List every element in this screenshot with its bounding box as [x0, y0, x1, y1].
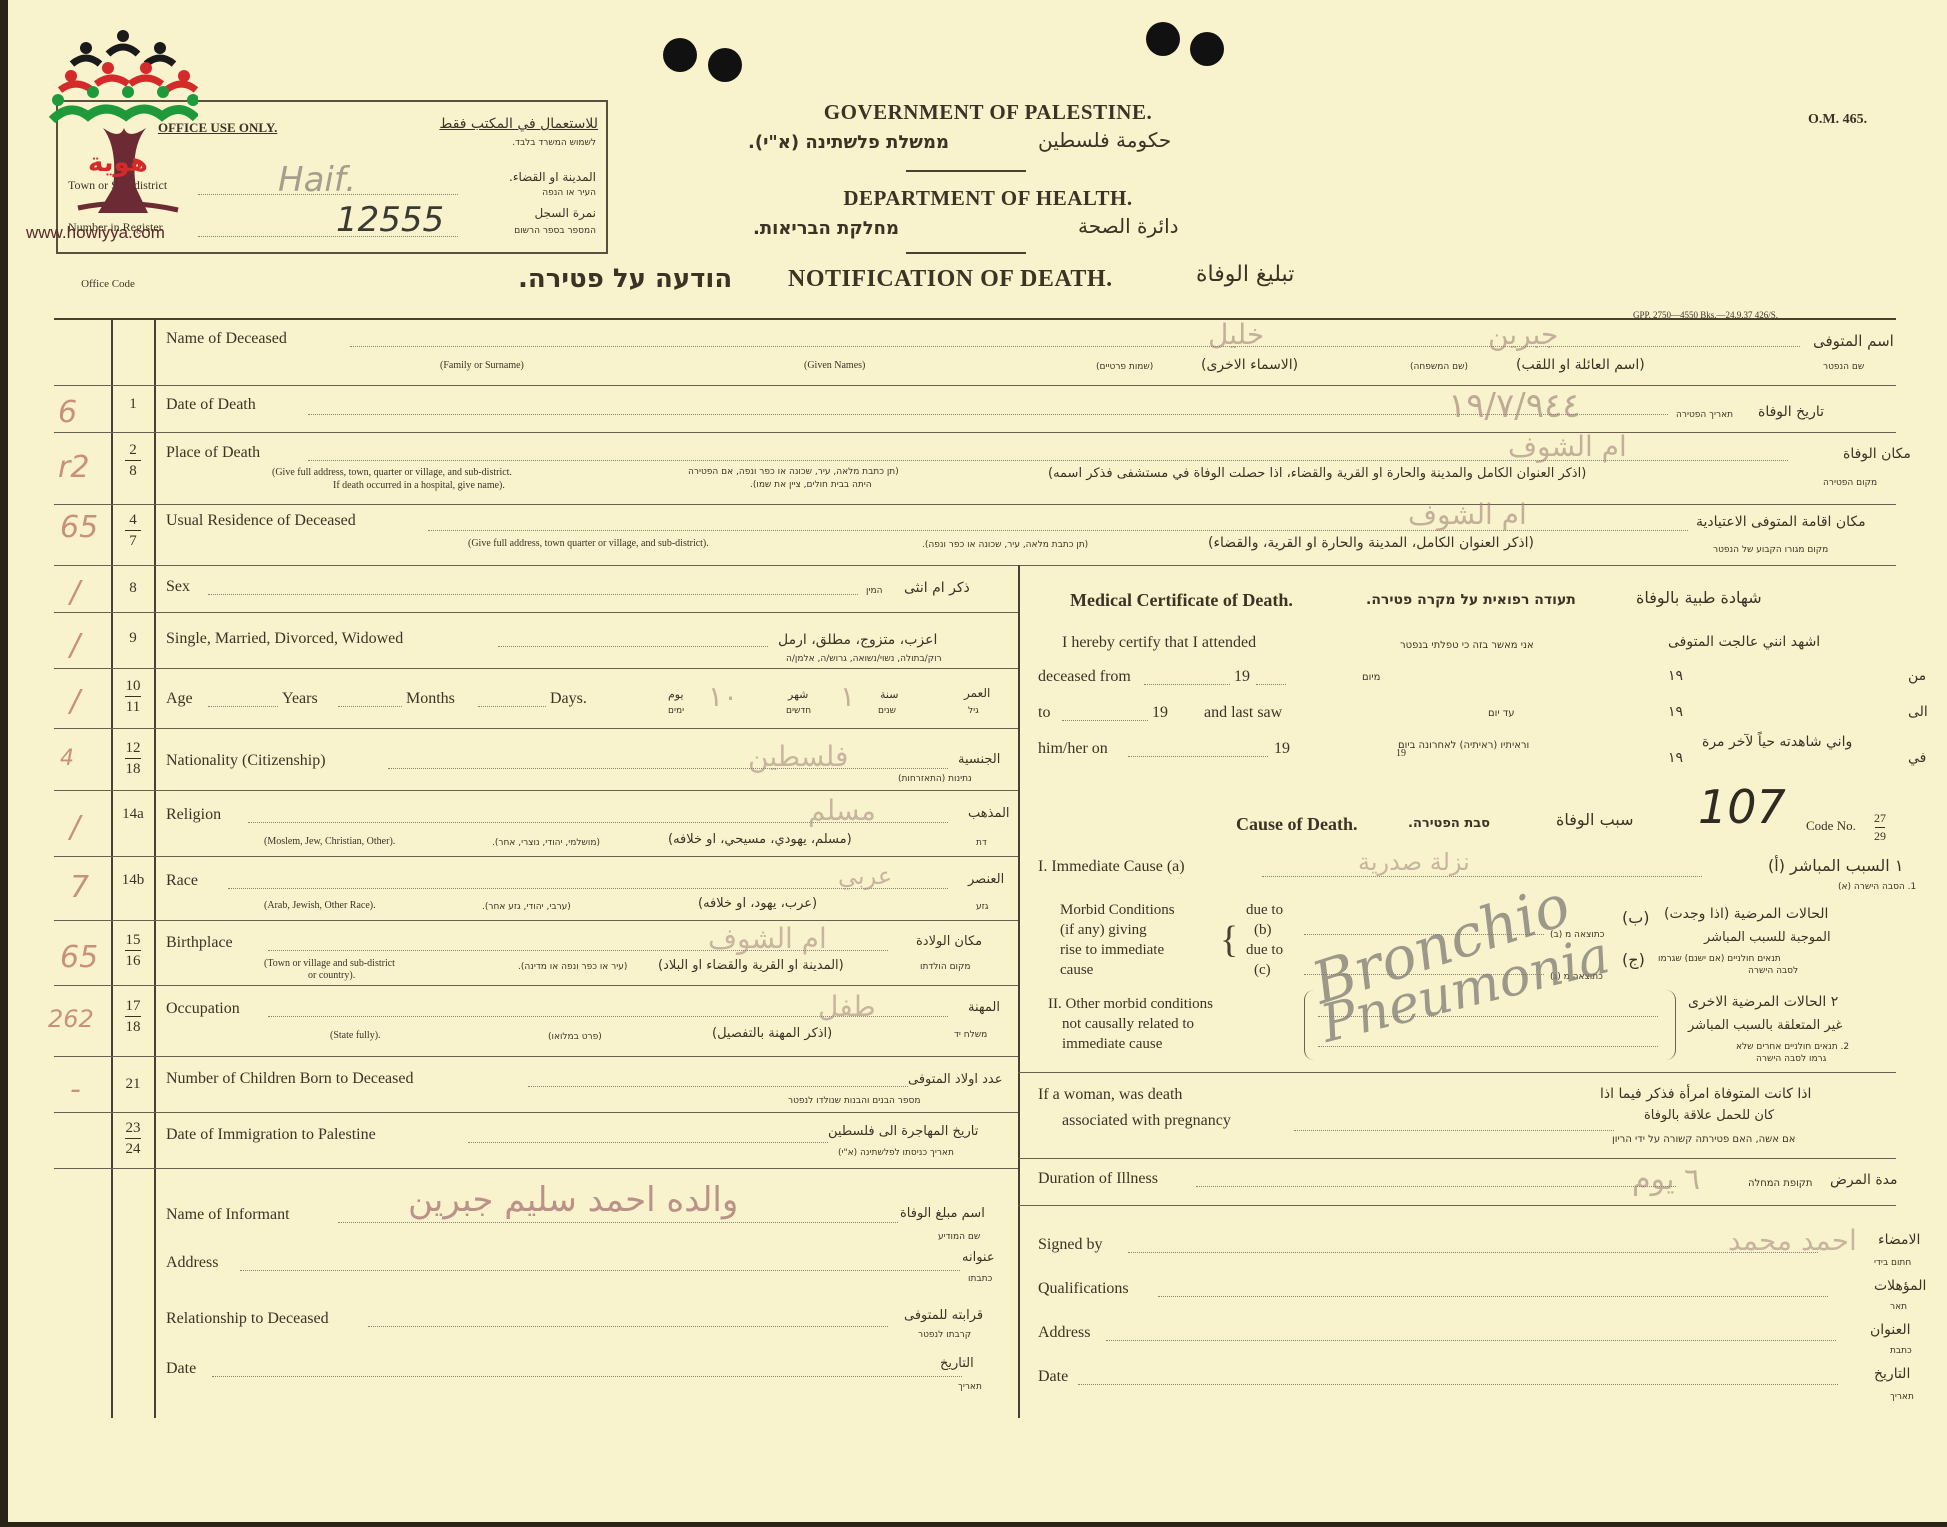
place-of-death-value: ام الشوف [1508, 430, 1627, 463]
sex-field[interactable] [208, 594, 858, 595]
form-number: O.M. 465. [1808, 112, 1867, 128]
date-of-death-label: Date of Death [166, 396, 256, 414]
informant-date-field[interactable] [212, 1376, 962, 1377]
margin-code: / [70, 575, 80, 610]
residence-value: ام الشوف [1408, 498, 1527, 531]
immediate-cause-value: نزلة صدرية [1358, 848, 1470, 876]
religion-label: Religion [166, 806, 221, 824]
death-notification-form: OFFICE USE ONLY. للاستعمال في المكتب فقط… [8, 0, 1947, 1522]
signature-value: احمد محمد [1728, 1224, 1857, 1257]
office-use-title-he: לשמוש המשרד בלבד. [512, 138, 596, 148]
signed-by-label: Signed by [1038, 1236, 1102, 1254]
informant-address-field[interactable] [240, 1270, 960, 1271]
doctor-address-label: Address [1038, 1324, 1090, 1342]
duration-label: Duration of Illness [1038, 1170, 1158, 1188]
children-label: Number of Children Born to Deceased [166, 1070, 413, 1088]
immigration-label: Date of Immigration to Palestine [166, 1126, 376, 1144]
punch-hole [708, 48, 742, 82]
cause-of-death-title: Cause of Death. [1236, 814, 1358, 835]
margin-code: 7 [70, 870, 89, 905]
form-title: NOTIFICATION OF DEATH. [788, 266, 1113, 293]
margin-code: 4 [60, 746, 74, 771]
immediate-cause-field[interactable] [1262, 876, 1702, 877]
occupation-label: Occupation [166, 1000, 240, 1018]
subdistrict-value: Haif. [278, 160, 356, 200]
birthplace-value: ام الشوف [708, 922, 827, 955]
informant-name-value: والده احمد سليم جبرين [408, 1180, 738, 1220]
watermark-url: www.howiyya.com [26, 223, 165, 243]
age-label: Age [166, 690, 193, 708]
age-months-value: ١٠ [708, 680, 738, 713]
register-number: 12555 [336, 200, 444, 240]
logo-text: هوية [88, 148, 148, 178]
informant-name-field[interactable] [338, 1222, 898, 1223]
cause-code-value: 107 [1698, 780, 1786, 834]
given-name-value: خليل [1208, 318, 1264, 351]
pregnancy-label: If a woman, was death [1038, 1086, 1182, 1104]
children-field[interactable] [528, 1086, 908, 1087]
margin-code: / [70, 684, 80, 719]
nationality-field[interactable] [388, 768, 948, 769]
doctor-address-field[interactable] [1106, 1340, 1836, 1341]
immigration-field[interactable] [468, 1142, 828, 1143]
race-value: عربي [838, 862, 892, 890]
informant-address-label: Address [166, 1254, 218, 1272]
margin-code: - [70, 1072, 81, 1107]
age-field[interactable] [208, 706, 278, 707]
morbid-conditions-label: Morbid Conditions(if any) givingrise to … [1060, 900, 1175, 980]
place-of-death-label: Place of Death [166, 444, 260, 462]
dept-title: DEPARTMENT OF HEALTH. [708, 186, 1268, 211]
office-code-label: Office Code [78, 278, 138, 291]
margin-code: / [70, 628, 80, 663]
relationship-label: Relationship to Deceased [166, 1310, 329, 1328]
doctor-date-label: Date [1038, 1368, 1068, 1386]
date-of-death-value: ١٩/٧/٩٤٤ [1448, 386, 1580, 426]
last-saw-field[interactable] [1128, 756, 1268, 757]
qualifications-field[interactable] [1158, 1296, 1828, 1297]
birthplace-label: Birthplace [166, 934, 233, 952]
doctor-date-field[interactable] [1078, 1384, 1838, 1385]
name-field[interactable] [350, 346, 1800, 347]
office-use-title-ar: للاستعمال في المكتب فقط [439, 116, 598, 132]
sex-label: Sex [166, 578, 190, 596]
duration-field[interactable] [1196, 1186, 1676, 1187]
residence-label: Usual Residence of Deceased [166, 512, 356, 530]
gov-title: GOVERNMENT OF PALESTINE. [708, 100, 1268, 125]
tree-people-icon [48, 28, 198, 228]
race-label: Race [166, 872, 198, 890]
margin-code: 262 [48, 1005, 94, 1033]
pregnancy-field[interactable] [1294, 1130, 1614, 1131]
margin-code: 6 [58, 395, 77, 430]
signed-by-field[interactable] [1128, 1252, 1818, 1253]
family-name-value: جبرين [1488, 318, 1558, 351]
medical-cert-title: Medical Certificate of Death. [1070, 590, 1293, 611]
relationship-field[interactable] [368, 1326, 888, 1327]
nationality-label: Nationality (Citizenship) [166, 752, 326, 770]
qualifications-label: Qualifications [1038, 1280, 1129, 1298]
attended-to-field[interactable] [1062, 720, 1148, 721]
duration-value: ٦ يوم [1632, 1162, 1700, 1197]
punch-hole [1190, 32, 1224, 66]
occupation-value: طفل [818, 990, 876, 1023]
informant-date-label: Date [166, 1360, 196, 1378]
age-years-value: ١ [840, 680, 855, 713]
immediate-cause-label: I. Immediate Cause (a) [1038, 858, 1185, 876]
margin-code: r2 [58, 450, 89, 485]
marital-status-field[interactable] [498, 646, 768, 647]
margin-code: 65 [60, 510, 98, 545]
marital-status-label: Single, Married, Divorced, Widowed [166, 630, 403, 648]
informant-name-label: Name of Informant [166, 1206, 290, 1224]
nationality-value: فلسطين [748, 740, 848, 773]
other-conditions-label: II. Other morbid conditionsnot causally … [1048, 994, 1213, 1054]
religion-value: مسلم [808, 794, 876, 827]
attended-from-field[interactable] [1144, 684, 1230, 685]
punch-hole [663, 38, 697, 72]
margin-code: 65 [60, 940, 98, 975]
margin-code: / [70, 810, 80, 845]
name-label: Name of Deceased [166, 330, 287, 348]
punch-hole [1146, 22, 1180, 56]
